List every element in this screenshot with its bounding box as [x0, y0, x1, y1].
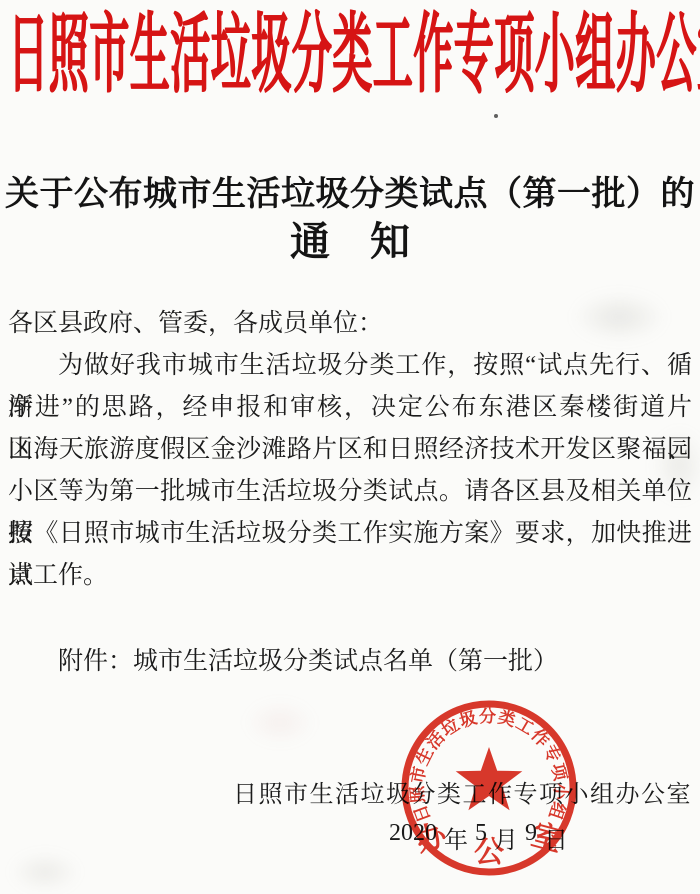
body-line: 照《日照市城市生活垃圾分类工作实施方案》要求，加快推进试 [8, 513, 692, 555]
body-line: 为做好我市城市生活垃圾分类工作，按照“试点先行、循序 [8, 345, 692, 387]
scan-smudge [245, 700, 315, 745]
scan-smudge [10, 852, 80, 892]
notice-title-line-2: 通 知 [0, 210, 700, 267]
agency-letterhead: 日照市生活垃圾分类工作专项小组办公室 [8, 10, 692, 102]
body-line: 渐进”的思路，经申报和审核，决定公布东港区秦楼街道片区、 [8, 387, 692, 429]
notice-title-line-1: 关于公布城市生活垃圾分类试点（第一批）的 [0, 166, 700, 215]
seal-bottom-char: 办 [412, 818, 450, 858]
document-page: 日照市生活垃圾分类工作专项小组办公室 关于公布城市生活垃圾分类试点（第一批）的 … [0, 0, 700, 894]
salutation-line: 各区县政府、管委，各成员单位： [8, 303, 692, 345]
seal-bottom-char: 室 [528, 819, 566, 859]
body-line: 点工作。 [8, 555, 692, 597]
notice-body: 各区县政府、管委，各成员单位： 为做好我市城市生活垃圾分类工作，按照“试点先行、… [8, 303, 692, 597]
attachment-line: 附件：城市生活垃圾分类试点名单（第一批） [58, 641, 558, 677]
scan-artifact-dot [494, 114, 498, 118]
seal-star-icon [456, 747, 523, 810]
seal-bottom-char: 公 [474, 836, 504, 869]
official-seal: 日照市生活垃圾分类工作专项小组 办 公 室 [394, 698, 584, 888]
body-line: 小区等为第一批城市生活垃圾分类试点。请各区县及相关单位按 [8, 471, 692, 513]
body-line: 山海天旅游度假区金沙滩路片区和日照经济技术开发区聚福园 [8, 429, 692, 471]
